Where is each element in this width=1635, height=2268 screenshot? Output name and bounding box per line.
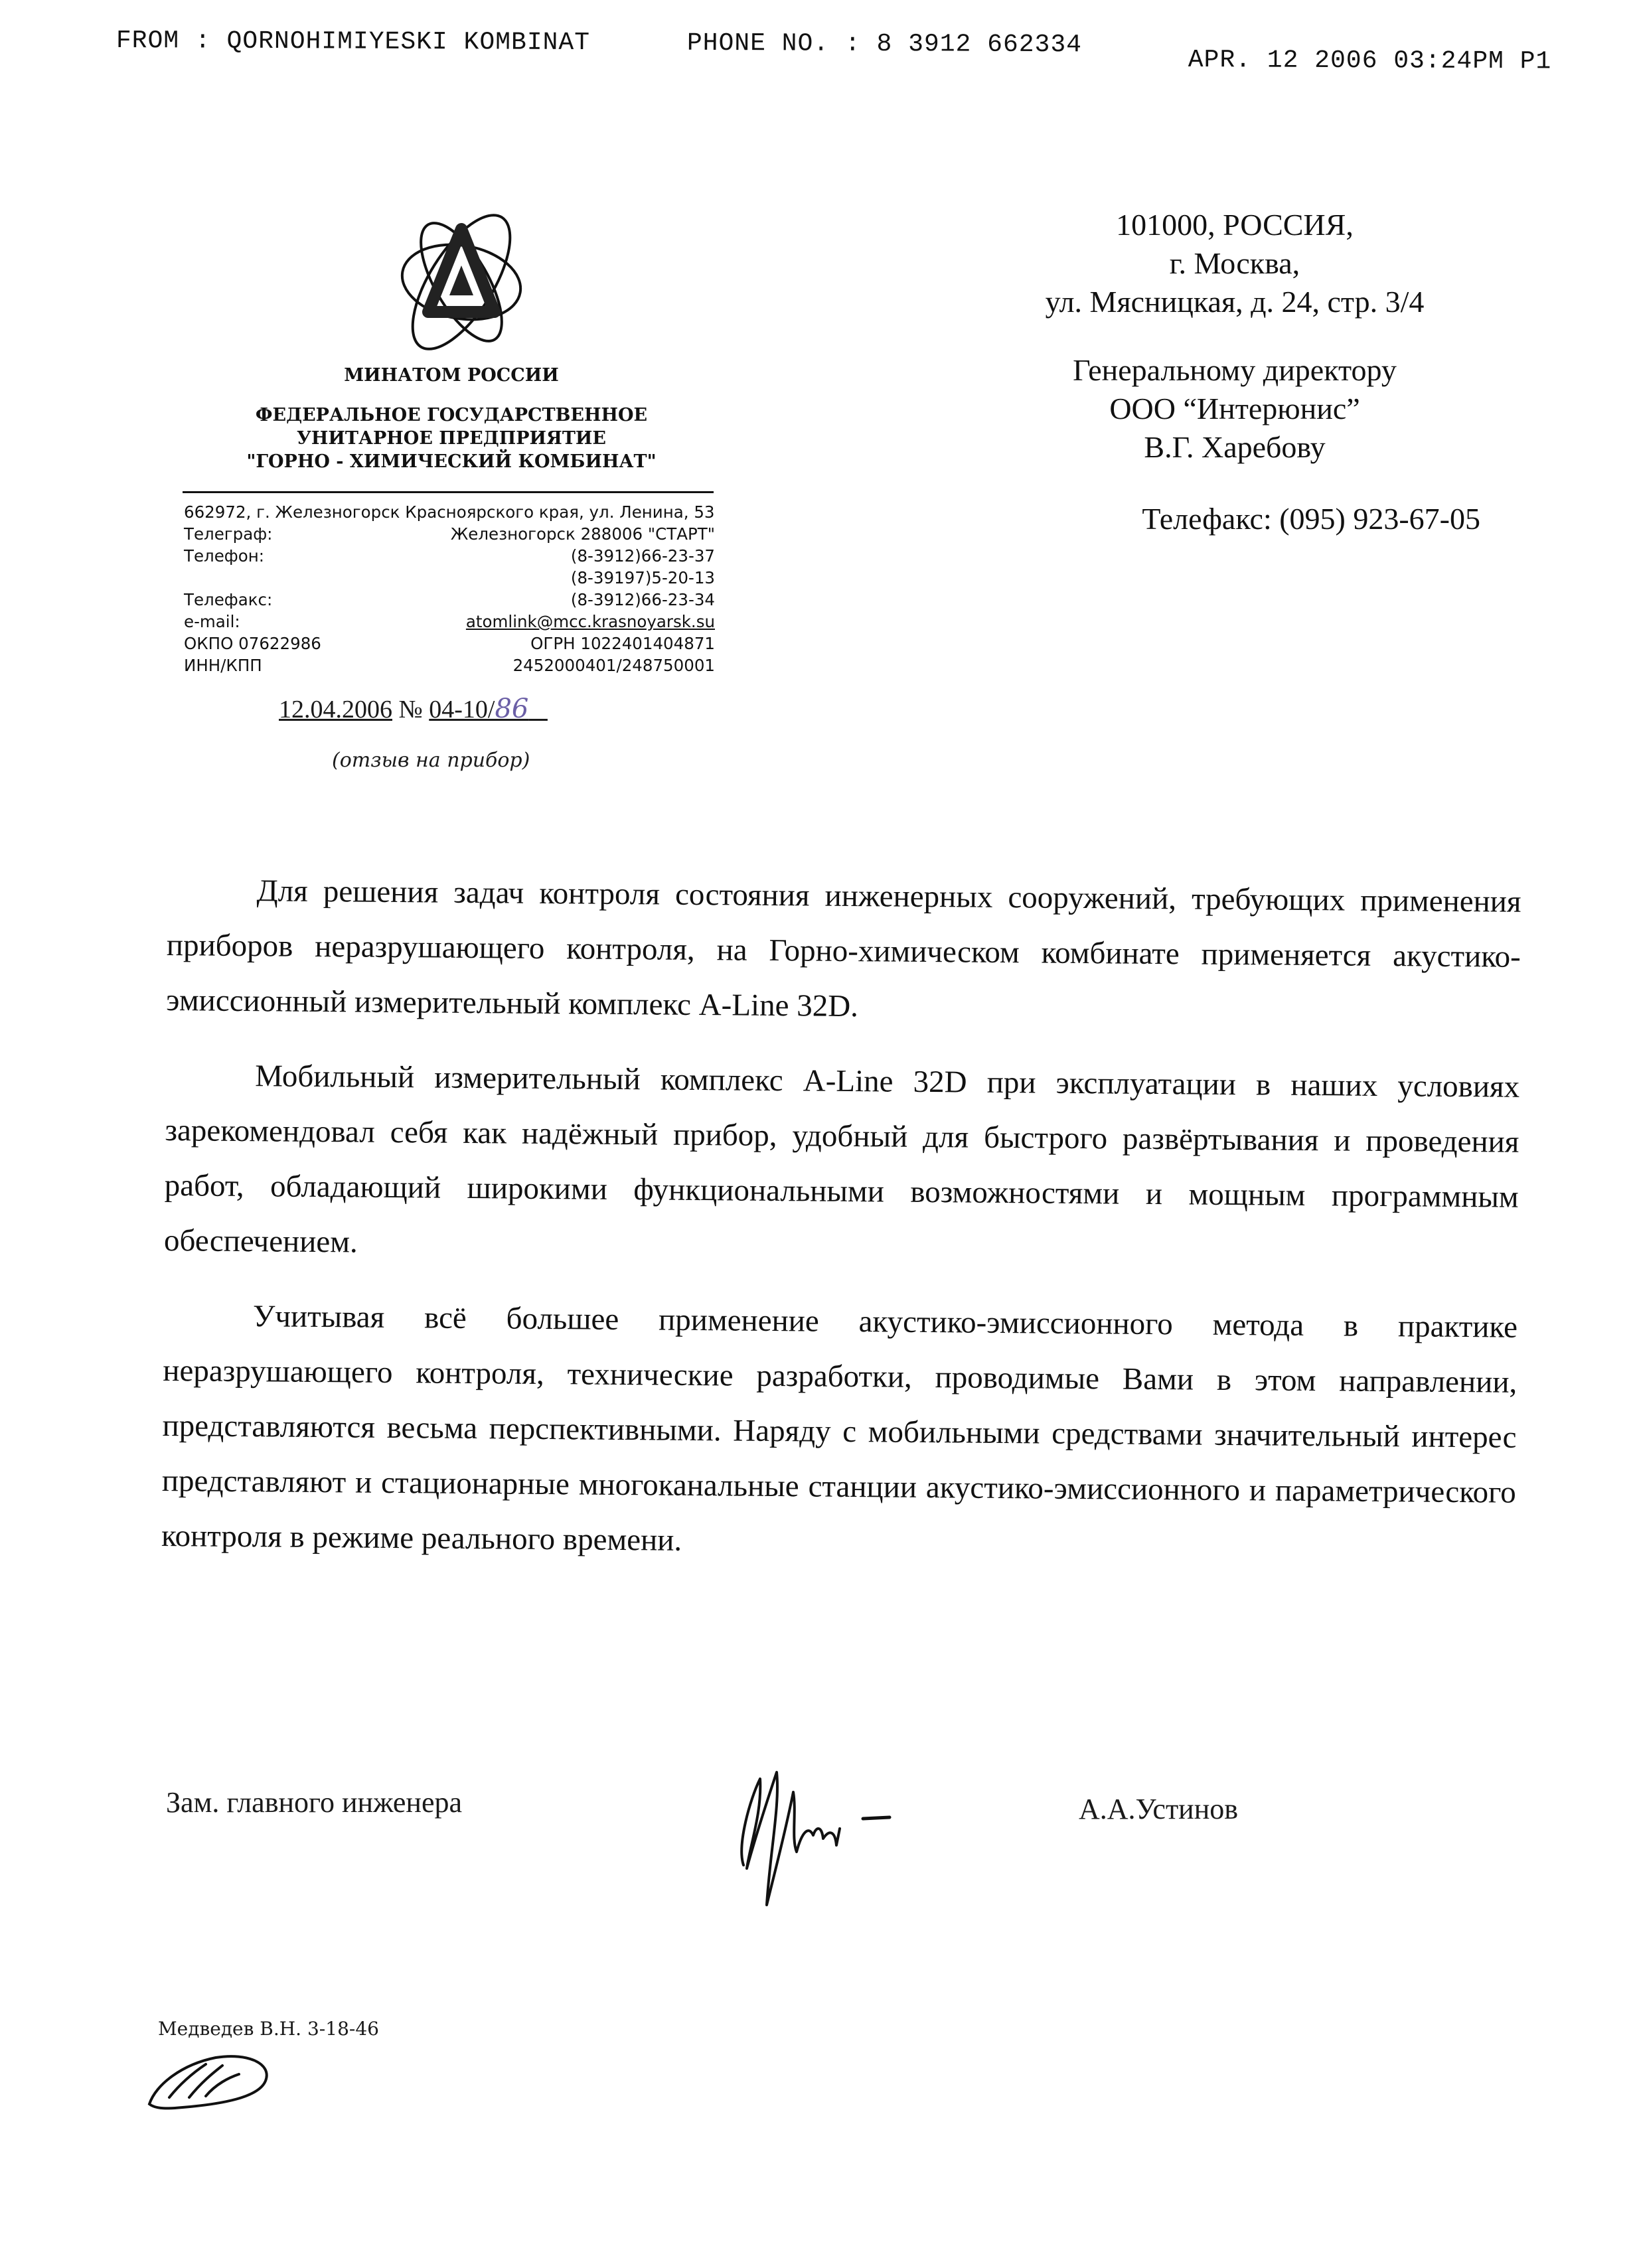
contact-row: Телефон:(8-3912)66-23-37 <box>184 545 715 567</box>
ministry-name: МИНАТОМ РОССИИ <box>176 365 727 386</box>
address-line: 101000, РОССИЯ, <box>963 206 1507 244</box>
handwritten-signature-icon <box>730 1752 969 1912</box>
address-line: ул. Мясницкая, д. 24, стр. 3/4 <box>963 283 1507 321</box>
atom-triangle-logo-icon <box>375 199 548 368</box>
contact-row: (8-39197)5-20-13 <box>184 567 715 589</box>
addressee-block: 101000, РОССИЯ, г. Москва, ул. Мясницкая… <box>963 206 1507 538</box>
recipient-fax: Телефакс: (095) 923-67-05 <box>963 500 1507 538</box>
contact-row: ИНН/КПП2452000401/248750001 <box>184 654 715 676</box>
letterhead-contacts: 662972, г. Железногорск Красноярского кр… <box>184 501 715 676</box>
body-paragraph: Мобильный измерительный комплекс A-Line … <box>164 1048 1520 1280</box>
executor-info: Медведев В.Н. 3-18-46 <box>158 2018 379 2040</box>
org-name-line: ФЕДЕРАЛЬНОЕ ГОСУДАРСТВЕННОЕ <box>176 405 727 425</box>
contact-row: Телеграф:Железногорск 288006 "СТАРТ" <box>184 523 715 545</box>
org-name-line: "ГОРНО - ХИМИЧЕСКИЙ КОМБИНАТ" <box>176 451 727 472</box>
fax-from: FROM : QORNOHIMIYESKI KOMBINAT <box>116 27 590 57</box>
email-link[interactable]: atomlink@mcc.krasnoyarsk.su <box>466 611 715 633</box>
recipient-line: Генеральному директору <box>963 351 1507 390</box>
letterhead-divider <box>183 491 714 493</box>
fax-phone: PHONE NO. : 8 3912 662334 <box>687 29 1082 60</box>
contact-row: ОКПО 07622986ОГРН 1022401404871 <box>184 633 715 654</box>
signatory-title: Зам. главного инженера <box>166 1785 462 1819</box>
contact-row: e-mail:atomlink@mcc.krasnoyarsk.su <box>184 611 715 633</box>
letter-body: Для решения задач контроля состояния инж… <box>161 863 1521 1596</box>
body-paragraph: Для решения задач контроля состояния инж… <box>166 863 1521 1040</box>
org-name-line: УНИТАРНОЕ ПРЕДПРИЯТИЕ <box>176 428 727 449</box>
reference-date: 12.04.2006 <box>279 696 392 723</box>
reference-number-value: 04-10/86 <box>429 696 548 723</box>
fax-timestamp: APR. 12 2006 03:24PM P1 <box>1188 46 1552 76</box>
contact-row: Телефакс:(8-3912)66-23-34 <box>184 589 715 611</box>
body-paragraph: Учитывая всё большее применение акустико… <box>161 1288 1518 1576</box>
letter-subject: (отзыв на прибор) <box>332 749 530 772</box>
reference-number: 12.04.2006 № 04-10/86 <box>279 694 548 724</box>
recipient-line: В.Г. Харебову <box>963 428 1507 467</box>
recipient-line: ООО “Интерюнис” <box>963 390 1507 428</box>
address-line: г. Москва, <box>963 244 1507 283</box>
signatory-name: А.А.Устинов <box>1079 1792 1238 1826</box>
handwritten-initials-icon <box>143 2044 275 2117</box>
org-address: 662972, г. Железногорск Красноярского кр… <box>184 501 715 523</box>
handwritten-number: 86 <box>495 694 528 724</box>
fax-header: FROM : QORNOHIMIYESKI KOMBINAT PHONE NO.… <box>116 27 1635 73</box>
